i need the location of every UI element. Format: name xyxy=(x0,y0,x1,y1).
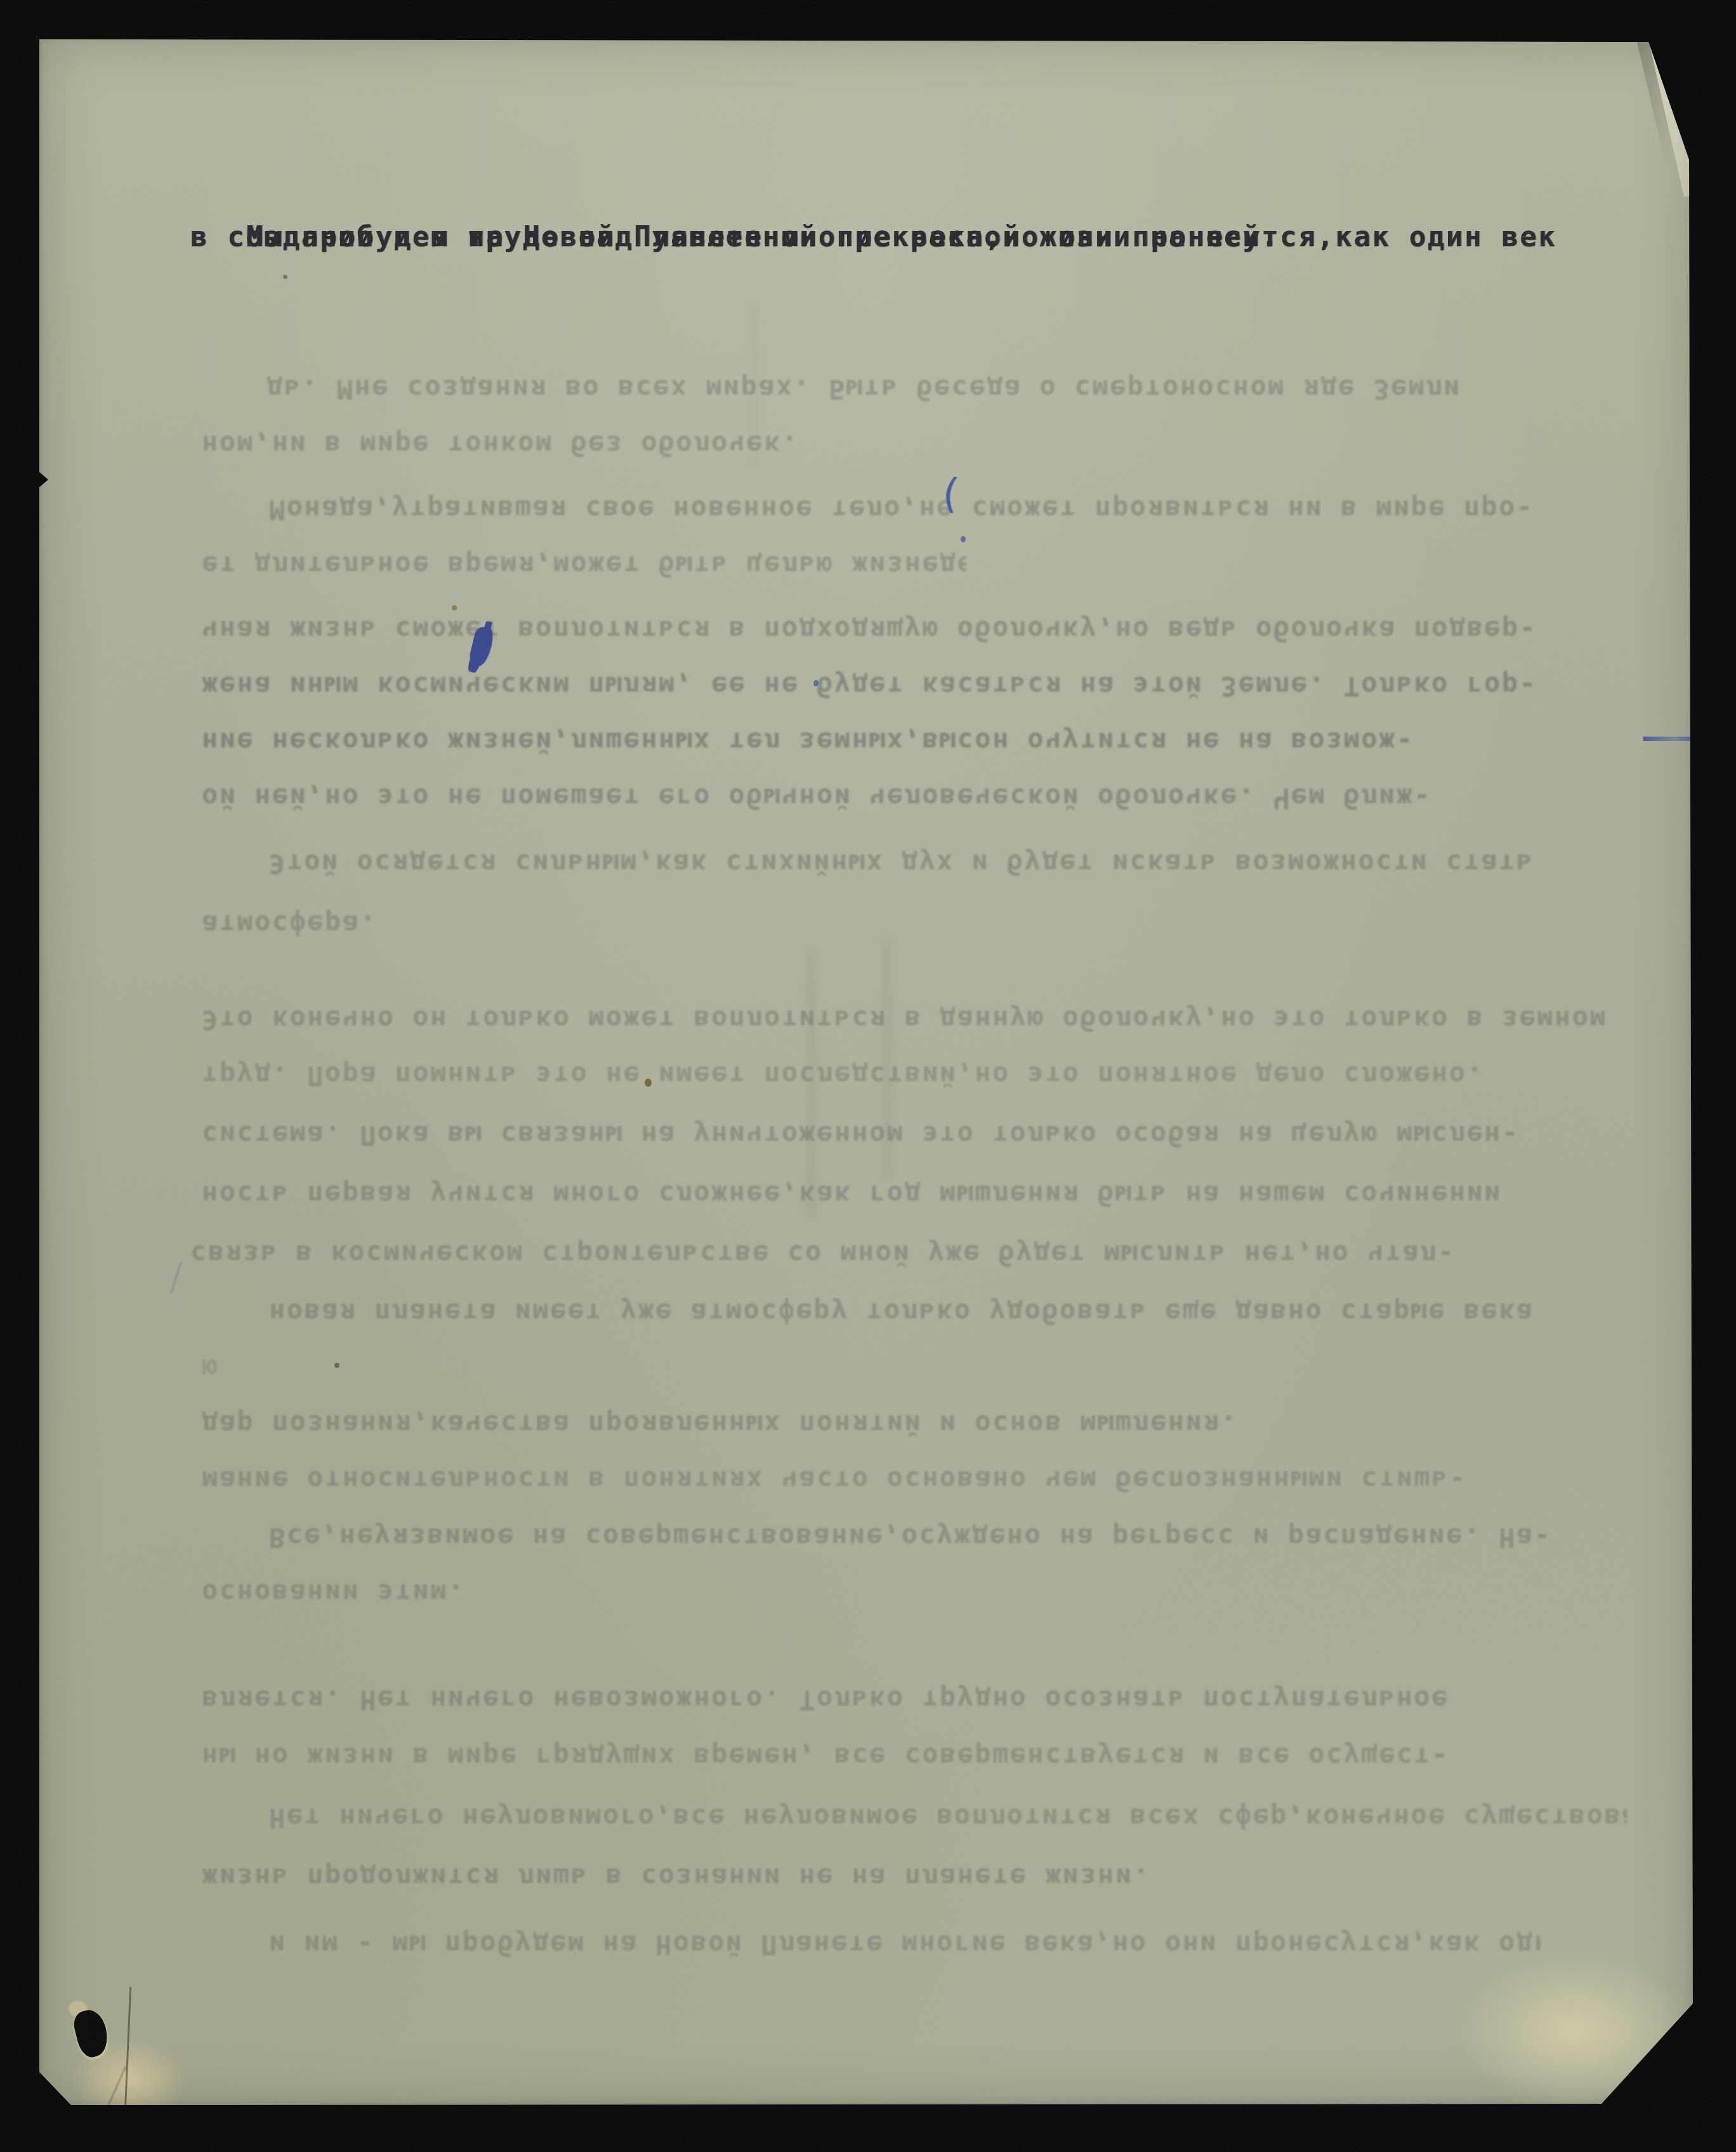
pen-slash-mark xyxy=(170,1262,182,1294)
dust-speck xyxy=(334,1363,339,1368)
blue-dash-mark xyxy=(1643,737,1694,741)
dust-speck xyxy=(452,605,457,610)
marks-layer: ( xyxy=(39,36,1694,2105)
blue-paren-mark: ( xyxy=(935,469,964,519)
blue-dot-mark xyxy=(961,536,966,542)
blue-blob-mark xyxy=(468,625,496,667)
scan-canvas: Мы пробудем на Новой Планете многие века… xyxy=(0,0,1736,2152)
dust-speck xyxy=(283,275,287,279)
paper-sheet: Мы пробудем на Новой Планете многие века… xyxy=(39,36,1694,2105)
blue-dot-mark xyxy=(813,680,819,686)
dust-speck xyxy=(645,1079,652,1087)
